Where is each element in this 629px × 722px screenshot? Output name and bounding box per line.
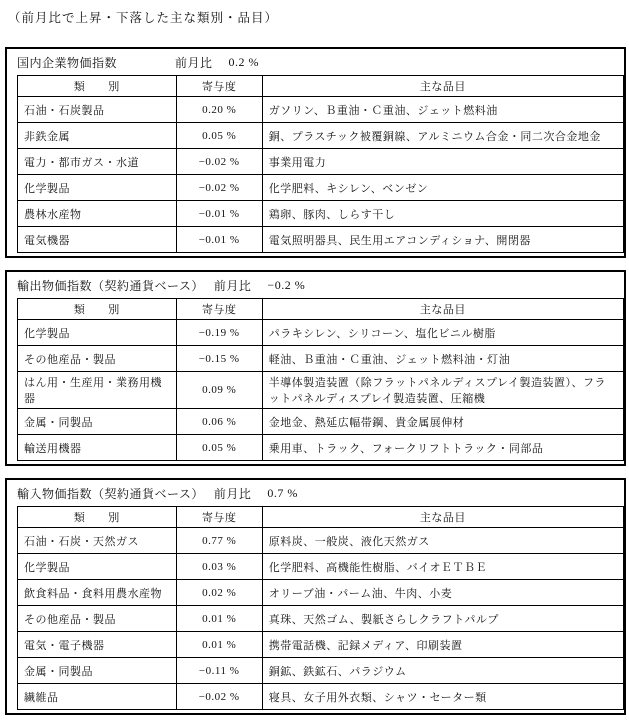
items-cell: 半導体製造装置（除フラットパネルディスプレイ製造装置）、フラットパネルディスプレ…: [262, 372, 623, 409]
section-header: 輸入物価指数（契約通貨ベース） 前月比 0.7 %: [17, 480, 624, 506]
import-price-table: 類 別 寄与度 主な品目 石油・石炭・天然ガス 0.77 % 原料炭、一般炭、液…: [17, 506, 624, 710]
items-cell: 鶏卵、豚肉、しらす干し: [262, 201, 623, 227]
category-cell: 金属・同製品: [18, 409, 177, 435]
import-price-section: 輸入物価指数（契約通貨ベース） 前月比 0.7 % 類 別 寄与度 主な品目 石…: [5, 478, 626, 715]
category-cell: 金属・同製品: [18, 658, 177, 684]
mom-label: 前月比: [214, 277, 252, 294]
items-cell: 化学肥料、高機能性樹脂、バイオＥＴＢＥ: [262, 554, 623, 580]
items-cell: パラキシレン、シリコーン、塩化ビニル樹脂: [262, 320, 623, 346]
page: （前月比で上昇・下落した主な類別・品目） 国内企業物価指数 前月比 0.2 % …: [0, 0, 629, 715]
table-row: 電力・都市ガス・水道 −0.02 % 事業用電力: [18, 149, 624, 175]
items-cell: 乗用車、トラック、フォークリフトトラック・同部品: [262, 435, 623, 461]
items-cell: 事業用電力: [262, 149, 623, 175]
table-row: 輸送用機器 0.05 % 乗用車、トラック、フォークリフトトラック・同部品: [18, 435, 624, 461]
items-cell: 化学肥料、キシレン、ベンゼン: [262, 175, 623, 201]
header-row: 類 別 寄与度 主な品目: [18, 76, 624, 97]
export-price-table: 類 別 寄与度 主な品目 化学製品 −0.19 % パラキシレン、シリコーン、塩…: [17, 298, 624, 461]
contribution-cell: 0.09 %: [176, 372, 262, 409]
page-title: （前月比で上昇・下落した主な類別・品目）: [8, 8, 626, 26]
section-header: 輸出物価指数（契約通貨ベース） 前月比 −0.2 %: [17, 272, 624, 298]
contribution-cell: 0.77 %: [176, 528, 262, 554]
contribution-cell: −0.01 %: [176, 227, 262, 253]
category-cell: 農林水産物: [18, 201, 177, 227]
contribution-cell: 0.01 %: [176, 606, 262, 632]
items-cell: 軽油、Ｂ重油・Ｃ重油、ジェット燃料油・灯油: [262, 346, 623, 372]
items-cell: 銅、プラスチック被覆銅線、アルミニウム合金・同二次合金地金: [262, 123, 623, 149]
category-cell: 非鉄金属: [18, 123, 177, 149]
category-cell: はん用・生産用・業務用機器: [18, 372, 177, 409]
index-name: 輸出物価指数（契約通貨ベース）: [17, 277, 204, 294]
mom-label: 前月比: [175, 54, 213, 71]
header-row: 類 別 寄与度 主な品目: [18, 299, 624, 320]
mom-value: 0.7 %: [267, 486, 298, 501]
contribution-cell: 0.20 %: [176, 97, 262, 123]
contribution-cell: −0.15 %: [176, 346, 262, 372]
table-row: 化学製品 −0.02 % 化学肥料、キシレン、ベンゼン: [18, 175, 624, 201]
category-cell: 電気・電子機器: [18, 632, 177, 658]
header-row: 類 別 寄与度 主な品目: [18, 507, 624, 528]
col-header-items: 主な品目: [262, 299, 623, 320]
table-row: 飲食料品・食料用農水産物 0.02 % オリーブ油・パーム油、牛肉、小麦: [18, 580, 624, 606]
items-cell: 携帯電話機、記録メディア、印刷装置: [262, 632, 623, 658]
contribution-cell: −0.11 %: [176, 658, 262, 684]
category-cell: その他産品・製品: [18, 606, 177, 632]
table-row: 電気機器 −0.01 % 電気照明器具、民生用エアコンディショナ、開閉器: [18, 227, 624, 253]
col-header-contribution: 寄与度: [176, 299, 262, 320]
contribution-cell: −0.02 %: [176, 149, 262, 175]
contribution-cell: 0.03 %: [176, 554, 262, 580]
table-row: 石油・石炭製品 0.20 % ガソリン、Ｂ重油・Ｃ重油、ジェット燃料油: [18, 97, 624, 123]
table-row: その他産品・製品 0.01 % 真珠、天然ゴム、製紙さらしクラフトパルプ: [18, 606, 624, 632]
table-row: 繊維品 −0.02 % 寝具、女子用外衣類、シャツ・セーター類: [18, 684, 624, 710]
index-name: 輸入物価指数（契約通貨ベース）: [17, 485, 204, 502]
contribution-cell: 0.05 %: [176, 435, 262, 461]
col-header-category: 類 別: [18, 299, 177, 320]
domestic-cgpi-section: 国内企業物価指数 前月比 0.2 % 類 別 寄与度 主な品目 石油・石炭製品 …: [5, 47, 626, 258]
contribution-cell: −0.02 %: [176, 175, 262, 201]
category-cell: 繊維品: [18, 684, 177, 710]
category-cell: 化学製品: [18, 175, 177, 201]
items-cell: 電気照明器具、民生用エアコンディショナ、開閉器: [262, 227, 623, 253]
table-row: 石油・石炭・天然ガス 0.77 % 原料炭、一般炭、液化天然ガス: [18, 528, 624, 554]
contribution-cell: 0.06 %: [176, 409, 262, 435]
category-cell: 輸送用機器: [18, 435, 177, 461]
table-row: その他産品・製品 −0.15 % 軽油、Ｂ重油・Ｃ重油、ジェット燃料油・灯油: [18, 346, 624, 372]
mom-value: 0.2 %: [229, 55, 260, 70]
contribution-cell: 0.01 %: [176, 632, 262, 658]
contribution-cell: 0.02 %: [176, 580, 262, 606]
items-cell: 真珠、天然ゴム、製紙さらしクラフトパルプ: [262, 606, 623, 632]
items-cell: 銅鉱、鉄鉱石、パラジウム: [262, 658, 623, 684]
category-cell: 化学製品: [18, 320, 177, 346]
category-cell: 化学製品: [18, 554, 177, 580]
table-row: 電気・電子機器 0.01 % 携帯電話機、記録メディア、印刷装置: [18, 632, 624, 658]
items-cell: 原料炭、一般炭、液化天然ガス: [262, 528, 623, 554]
table-row: 金属・同製品 0.06 % 金地金、熱延広幅帯鋼、貴金属展伸材: [18, 409, 624, 435]
contribution-cell: −0.01 %: [176, 201, 262, 227]
domestic-cgpi-table: 類 別 寄与度 主な品目 石油・石炭製品 0.20 % ガソリン、Ｂ重油・Ｃ重油…: [17, 75, 624, 253]
table-row: 化学製品 −0.19 % パラキシレン、シリコーン、塩化ビニル樹脂: [18, 320, 624, 346]
table-row: はん用・生産用・業務用機器 0.09 % 半導体製造装置（除フラットパネルディス…: [18, 372, 624, 409]
table-row: 化学製品 0.03 % 化学肥料、高機能性樹脂、バイオＥＴＢＥ: [18, 554, 624, 580]
export-price-section: 輸出物価指数（契約通貨ベース） 前月比 −0.2 % 類 別 寄与度 主な品目 …: [5, 270, 626, 466]
col-header-contribution: 寄与度: [176, 76, 262, 97]
category-cell: 石油・石炭製品: [18, 97, 177, 123]
items-cell: 寝具、女子用外衣類、シャツ・セーター類: [262, 684, 623, 710]
items-cell: 金地金、熱延広幅帯鋼、貴金属展伸材: [262, 409, 623, 435]
category-cell: 電力・都市ガス・水道: [18, 149, 177, 175]
table-row: 金属・同製品 −0.11 % 銅鉱、鉄鉱石、パラジウム: [18, 658, 624, 684]
mom-value: −0.2 %: [267, 278, 305, 293]
category-cell: 電気機器: [18, 227, 177, 253]
col-header-items: 主な品目: [262, 76, 623, 97]
section-header: 国内企業物価指数 前月比 0.2 %: [17, 49, 624, 75]
mom-label: 前月比: [214, 485, 252, 502]
category-cell: 石油・石炭・天然ガス: [18, 528, 177, 554]
col-header-category: 類 別: [18, 76, 177, 97]
index-name: 国内企業物価指数: [17, 54, 165, 71]
category-cell: 飲食料品・食料用農水産物: [18, 580, 177, 606]
table-row: 農林水産物 −0.01 % 鶏卵、豚肉、しらす干し: [18, 201, 624, 227]
items-cell: ガソリン、Ｂ重油・Ｃ重油、ジェット燃料油: [262, 97, 623, 123]
contribution-cell: −0.02 %: [176, 684, 262, 710]
category-cell: その他産品・製品: [18, 346, 177, 372]
col-header-category: 類 別: [18, 507, 177, 528]
contribution-cell: 0.05 %: [176, 123, 262, 149]
contribution-cell: −0.19 %: [176, 320, 262, 346]
table-row: 非鉄金属 0.05 % 銅、プラスチック被覆銅線、アルミニウム合金・同二次合金地…: [18, 123, 624, 149]
col-header-items: 主な品目: [262, 507, 623, 528]
items-cell: オリーブ油・パーム油、牛肉、小麦: [262, 580, 623, 606]
col-header-contribution: 寄与度: [176, 507, 262, 528]
